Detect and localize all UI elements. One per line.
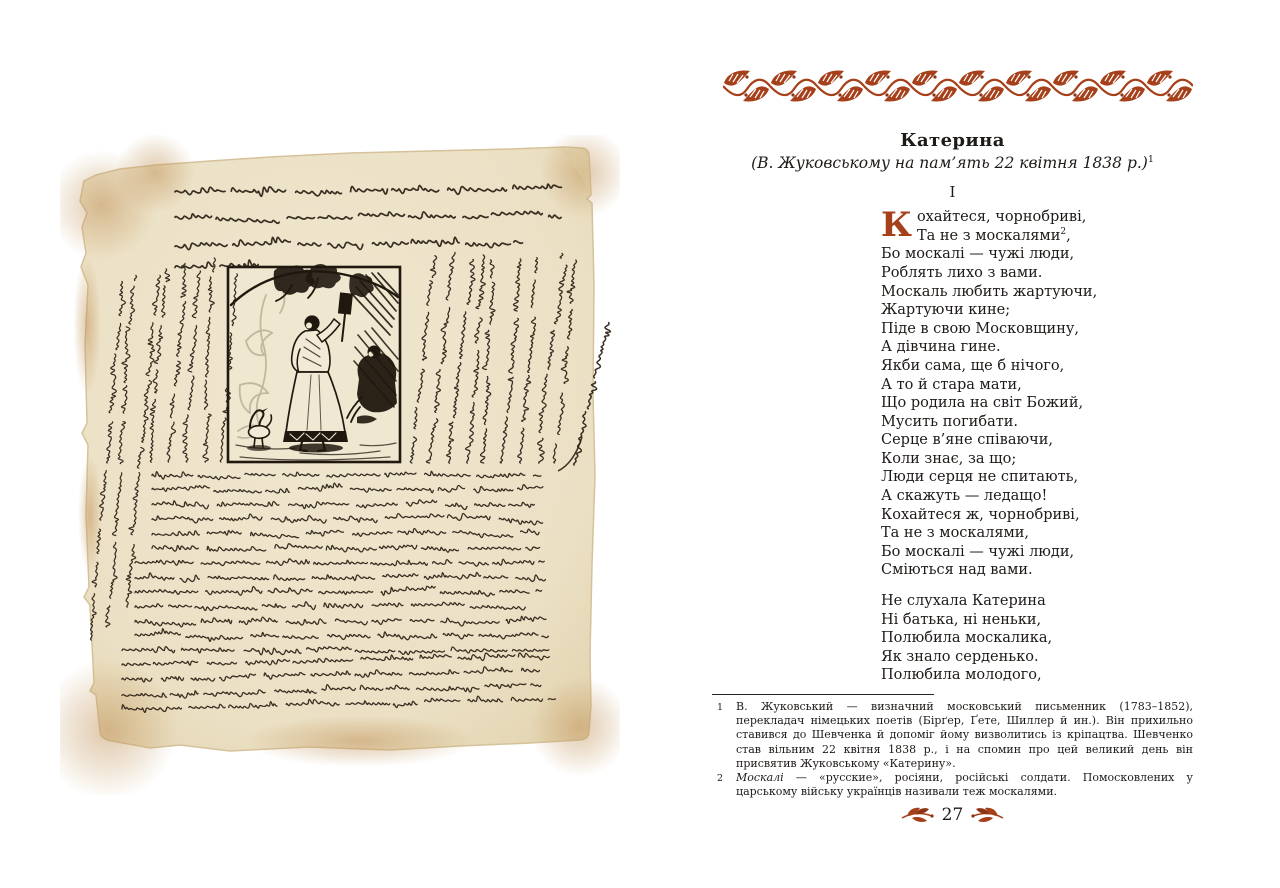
poem-line: Піде в свою Московщину, — [881, 320, 1193, 339]
poem-line: Бо москалі — чужі люди, — [881, 543, 1193, 562]
header-ornament — [723, 67, 1193, 105]
poem-line: Полюбила молодого, — [881, 666, 1193, 685]
poem-line: Не слухала Катерина — [881, 592, 1193, 611]
poem-line: Кохайтеся ж, чорнобриві, — [881, 506, 1193, 525]
poem-line: Та не з москалями2, — [881, 227, 1193, 246]
footnote-ref-1: 1 — [1148, 154, 1154, 165]
poem-line: Москаль любить жартуючи, — [881, 283, 1193, 302]
stanza: Не слухала КатеринаНі батька, ні неньки,… — [881, 592, 1193, 685]
manuscript-page — [60, 135, 620, 795]
book-spread: Катерина (В. Жуковському на пам’ять 22 к… — [0, 0, 1280, 888]
poem-line: Коли знає, за що; — [881, 450, 1193, 469]
poem-line: Ні батька, ні неньки, — [881, 611, 1193, 630]
footnote-number: 2 — [717, 772, 723, 786]
footnote: 1В. Жуковський — визначний московський п… — [712, 700, 1193, 771]
manuscript-scan — [60, 135, 620, 795]
poem-line: Роблять лихо з вами. — [881, 264, 1193, 283]
dedication: (В. Жуковському на пам’ять 22 квітня 183… — [712, 154, 1193, 172]
poem-line: Сміються над вами. — [881, 561, 1193, 580]
poem-line: Якби сама, ще б нічого, — [881, 357, 1193, 376]
footnote-rule — [712, 694, 934, 695]
page-number-row: 27 — [712, 805, 1193, 825]
poem-line: Жартуючи кине; — [881, 301, 1193, 320]
leaf-flourish-right — [971, 805, 1005, 825]
poem-line: Як знало серденько. — [881, 648, 1193, 667]
section-numeral: I — [712, 183, 1193, 201]
poem-line: Полюбила москалика, — [881, 629, 1193, 648]
printed-page: Катерина (В. Жуковському на пам’ять 22 к… — [712, 67, 1193, 825]
leaf-flourish-left — [900, 805, 934, 825]
page-number: 27 — [942, 805, 964, 825]
stanza: Кохайтеся, чорнобриві,Та не з москалями2… — [881, 208, 1193, 580]
poem-line: Що родила на світ Божий, — [881, 394, 1193, 413]
drop-cap: К — [881, 208, 917, 241]
poem-line: А скажуть — ледащо! — [881, 487, 1193, 506]
poem-line: Мусить погибати. — [881, 413, 1193, 432]
dedication-text: (В. Жуковському на пам’ять 22 квітня 183… — [751, 154, 1148, 172]
poem-title: Катерина — [712, 130, 1193, 151]
poem-line: Бо москалі — чужі люди, — [881, 245, 1193, 264]
poem-line: А то й стара мати, — [881, 376, 1193, 395]
poem-line: Люди серця не спитають, — [881, 468, 1193, 487]
manuscript-sketch — [228, 264, 400, 462]
poem-line: Серце в’яне співаючи, — [881, 431, 1193, 450]
poem: Кохайтеся, чорнобриві,Та не з москалями2… — [881, 208, 1193, 685]
poem-line: А дівчина гине. — [881, 338, 1193, 357]
footnotes: 1В. Жуковський — визначний московський п… — [712, 700, 1193, 799]
footnote-number: 1 — [717, 701, 723, 715]
poem-line: охайтеся, чорнобриві, — [881, 208, 1193, 227]
footnote: 2Москалі — «русские», росіяни, російські… — [712, 771, 1193, 799]
poem-line: Та не з москалями, — [881, 524, 1193, 543]
